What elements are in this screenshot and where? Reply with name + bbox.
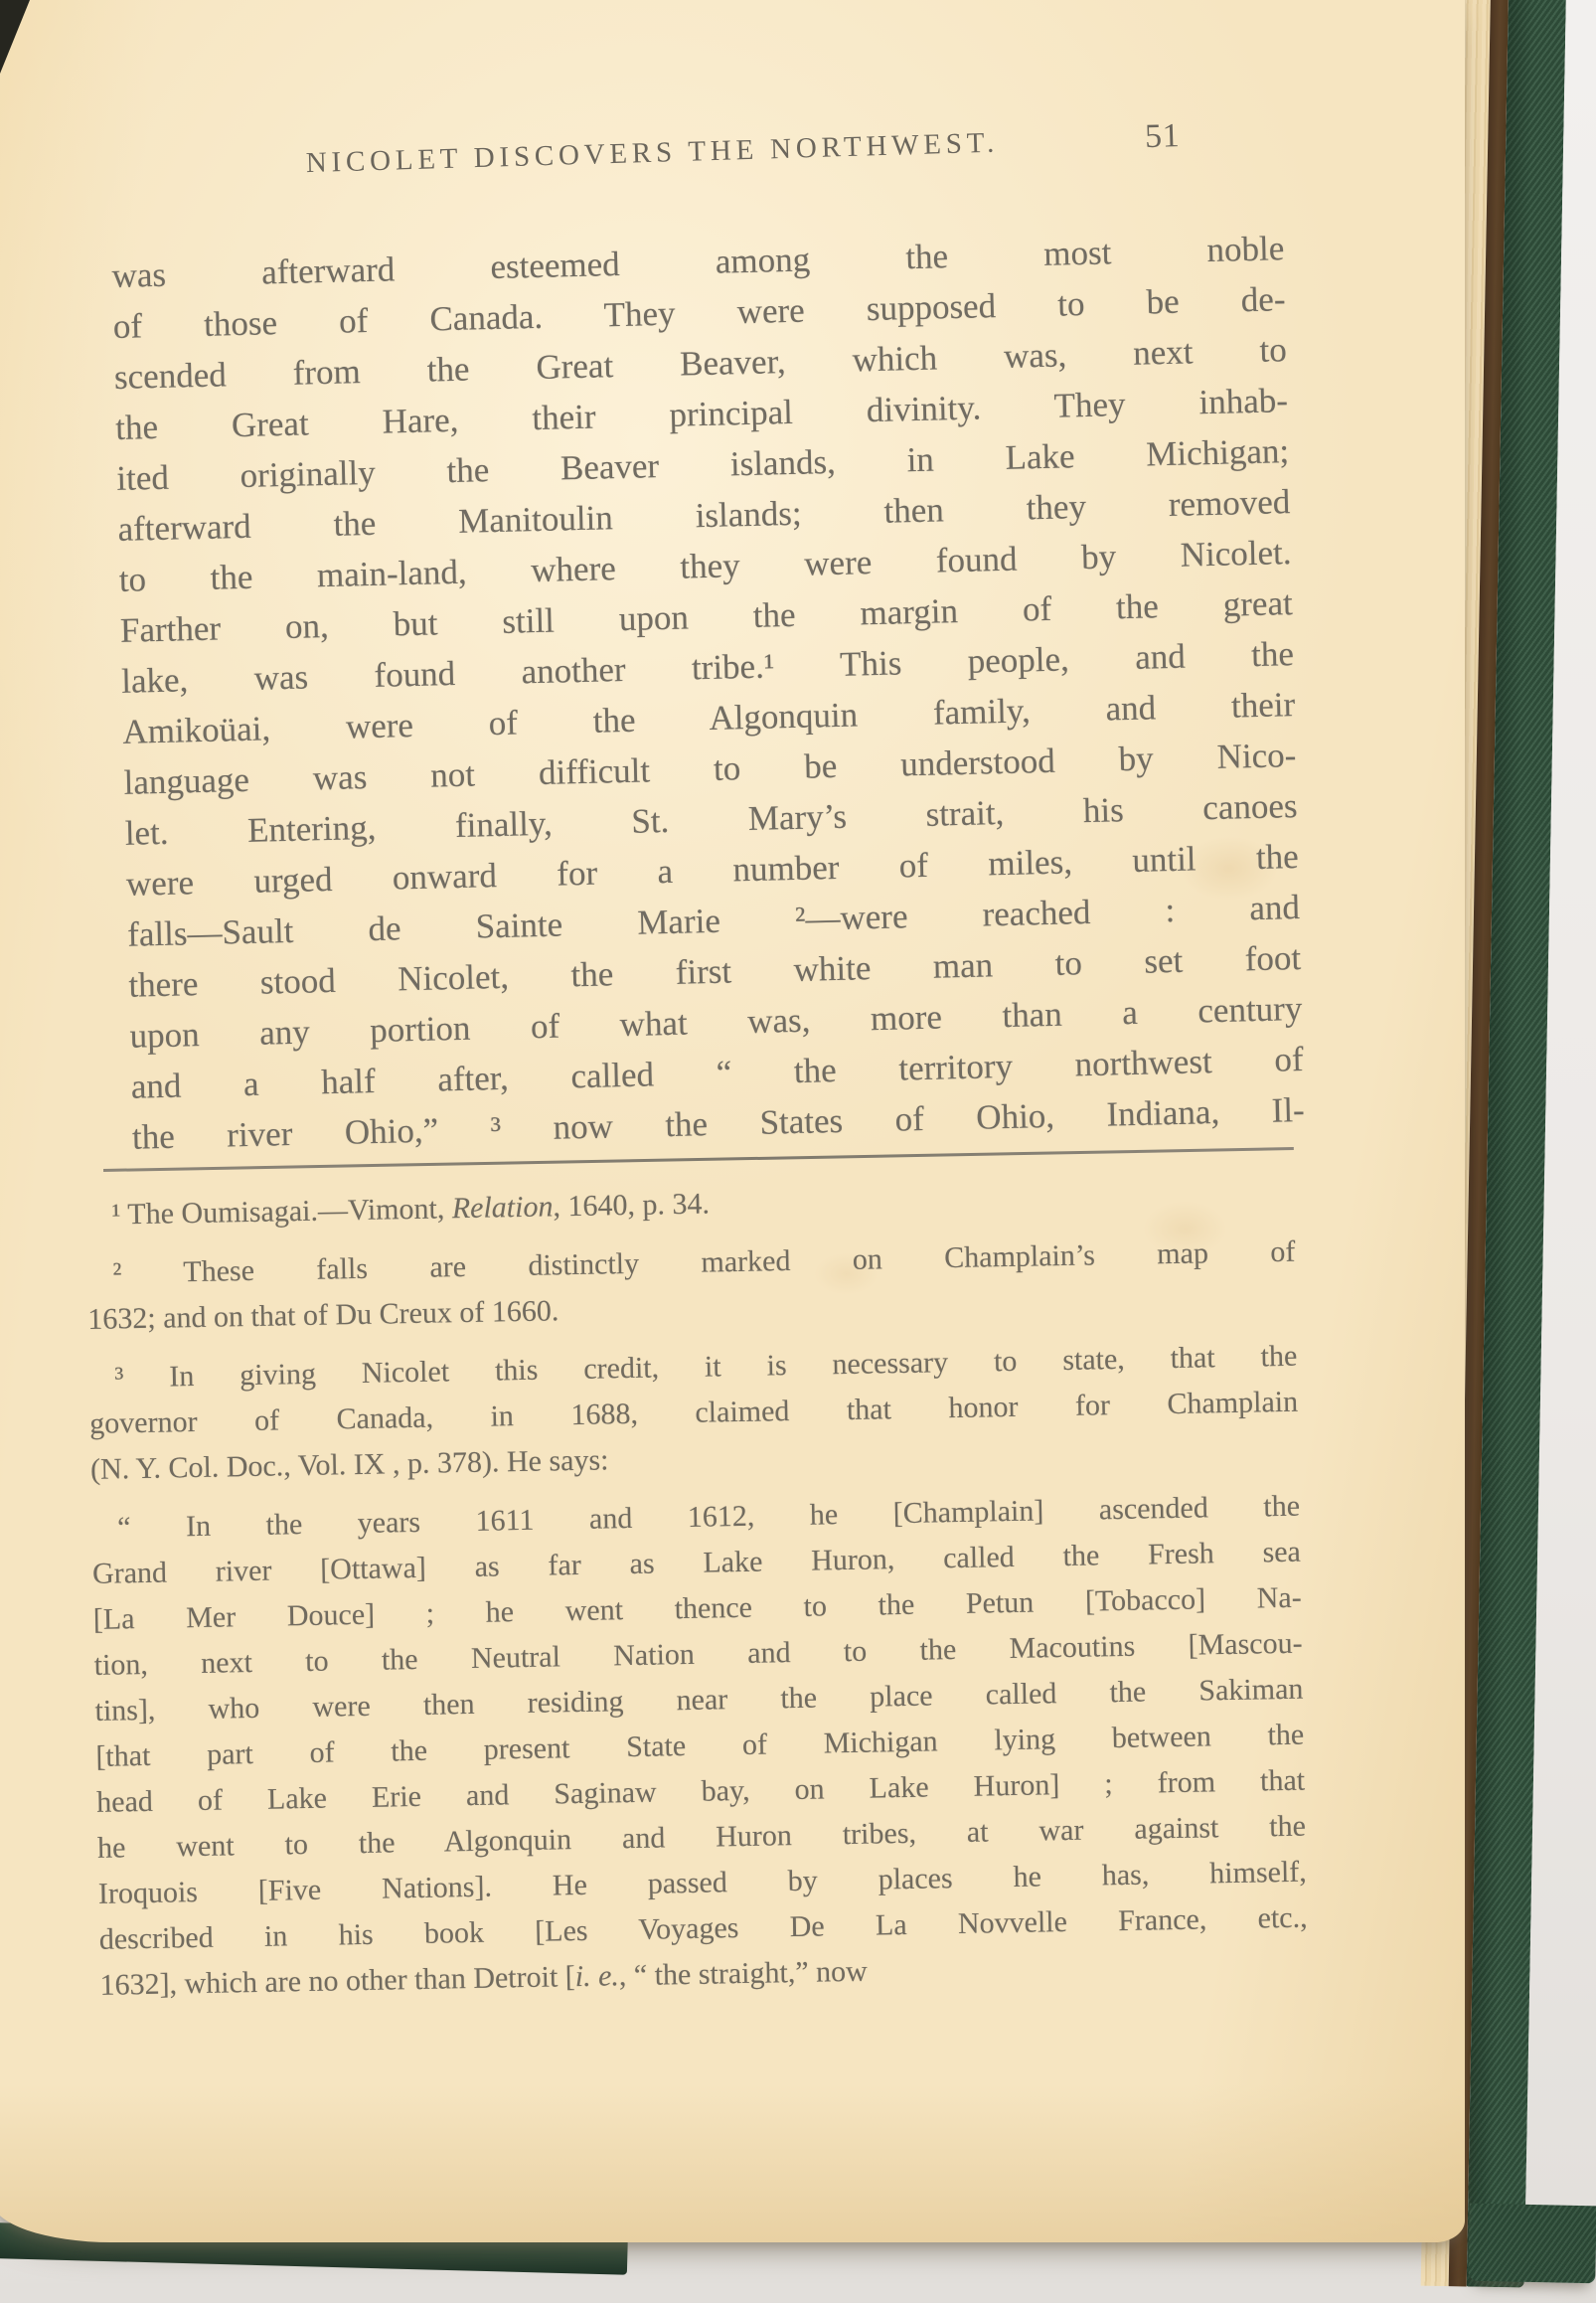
footnote-1-pre: ¹ The Oumisagai.—Vimont, (111, 1192, 452, 1231)
footnote-1: ¹ The Oumisagai.—Vimont, Relation, 1640,… (85, 1171, 1295, 1238)
footnote-3: ³ In giving Nicolet this credit, it is n… (88, 1334, 1299, 1493)
quote-last-italic: i. e. (574, 1959, 619, 1993)
footnote-2: ² These falls are distinctly marked on C… (86, 1230, 1296, 1343)
running-head-row: NICOLET DISCOVERS THE NORTHWEST. 51 (110, 114, 1282, 195)
page-text-layer: NICOLET DISCOVERS THE NORTHWEST. 51 was … (0, 0, 1596, 2303)
footnote-quote: “ In the years 1611 and 1612, he [Champl… (91, 1484, 1309, 2009)
book-photo: { "meta": { "description": "Photograph o… (0, 0, 1596, 2303)
body-text: was afterward esteemed among the most no… (111, 223, 1305, 1163)
quote-last-post: , “ the straight,” now (619, 1955, 869, 1993)
quote-last-pre: 1632], which are no other than Detroit [ (99, 1960, 575, 2002)
running-head-title: NICOLET DISCOVERS THE NORTHWEST. (305, 127, 999, 181)
page-number: 51 (1144, 117, 1180, 156)
footnote-1-post: , 1640, p. 34. (553, 1187, 710, 1223)
footnote-line: ¹ The Oumisagai.—Vimont, Relation, 1640,… (85, 1171, 1295, 1238)
footnote-1-italic: Relation (451, 1190, 553, 1225)
footnotes-section: ¹ The Oumisagai.—Vimont, Relation, 1640,… (85, 1171, 1309, 2022)
